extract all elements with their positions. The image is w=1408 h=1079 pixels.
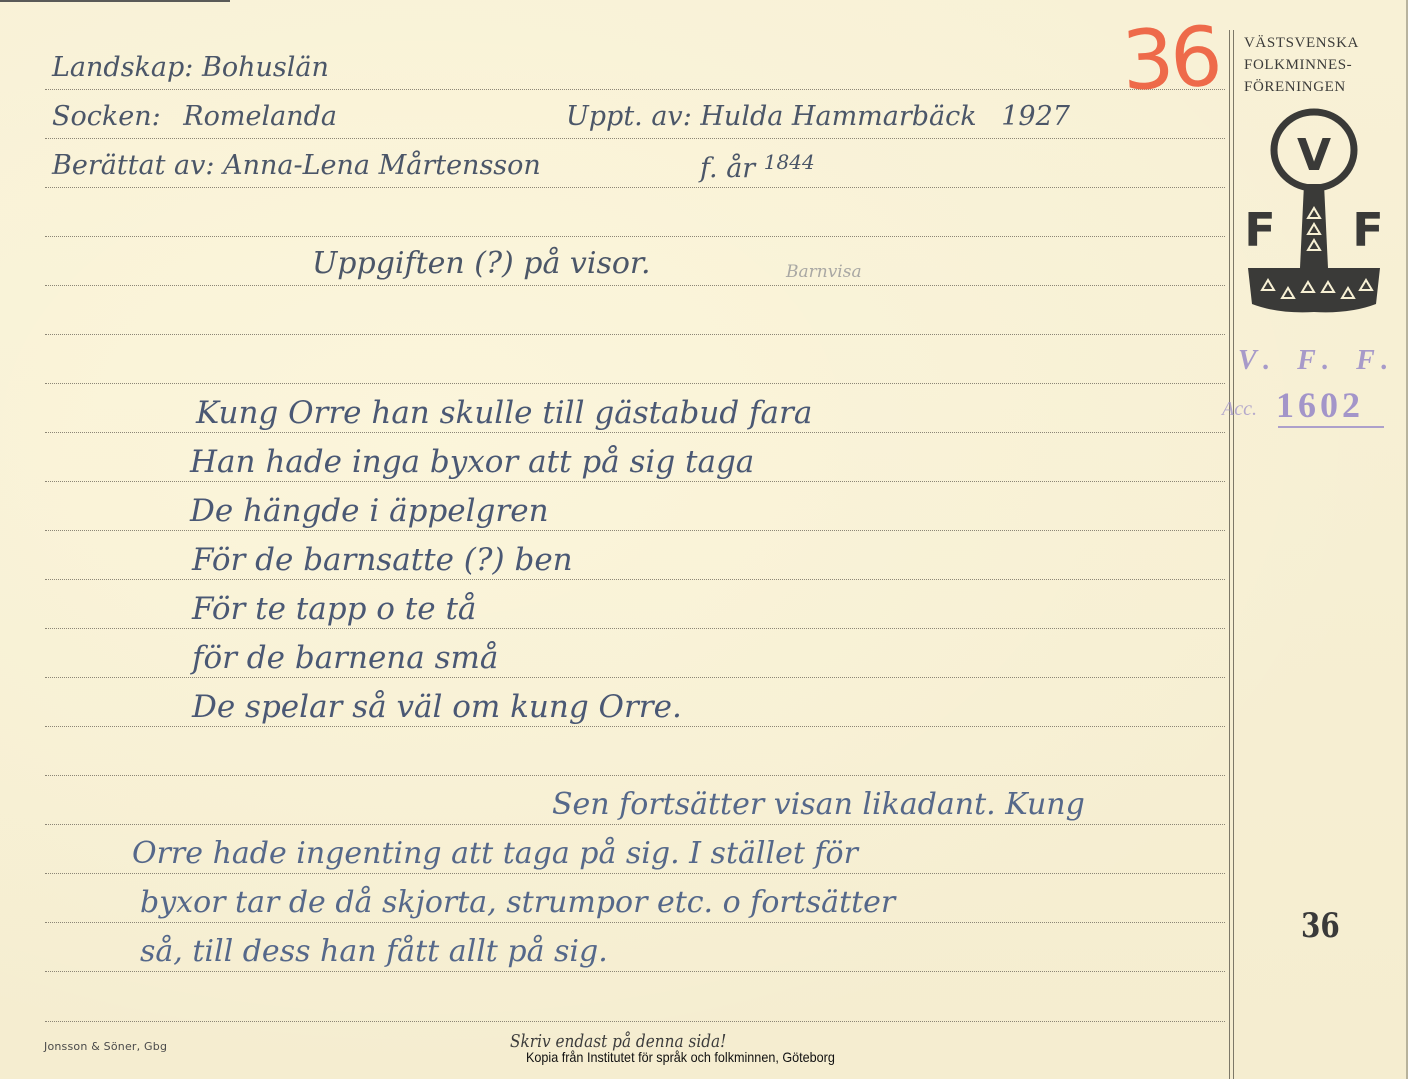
- verse-line: för de barnena små: [192, 640, 498, 676]
- ruled-line: [45, 873, 1225, 874]
- printed-page-number: 36: [1301, 906, 1340, 946]
- org-name-line: FÖRENINGEN: [1244, 76, 1394, 98]
- ruled-line: [45, 775, 1225, 776]
- fodd-field: f. år 1844: [700, 150, 815, 184]
- verse-line: För de barnsatte (?) ben: [192, 542, 573, 578]
- berattat-label: Berättat av:: [52, 150, 215, 181]
- printer-imprint: Jonsson & Söner, Gbg: [44, 1040, 167, 1053]
- upptecknat-value: Hulda Hammarbäck: [700, 101, 976, 132]
- ruled-line: [45, 285, 1225, 286]
- accession-number: 1602: [1276, 384, 1364, 426]
- ruled-line: [45, 726, 1225, 727]
- ruled-line: [45, 187, 1225, 188]
- socken-label: Socken:: [52, 101, 161, 132]
- landskap-label: Landskap:: [52, 52, 193, 83]
- verse-line: För te tapp o te tå: [192, 591, 476, 627]
- pencil-note: Barnvisa: [786, 262, 862, 282]
- ruled-line: [45, 236, 1225, 237]
- accession-underline: [1278, 426, 1384, 428]
- vff-thors-hammer-logo-icon: V F F: [1238, 108, 1390, 324]
- verse-line: Han hade inga byxor att på sig taga: [190, 444, 754, 480]
- ruled-line: [45, 89, 1225, 90]
- ruled-line: [45, 971, 1225, 972]
- logo-letter-f-right: F: [1352, 203, 1383, 257]
- margin-divider-line: [1233, 30, 1234, 1079]
- copy-notice: Kopia från Institutet för språk och folk…: [526, 1049, 835, 1065]
- verse-line: Kung Orre han skulle till gästabud fara: [196, 395, 812, 431]
- ruled-line: [45, 922, 1225, 923]
- prose-line: Orre hade ingenting att taga på sig. I s…: [132, 836, 858, 871]
- ruled-line: [45, 138, 1225, 139]
- org-name-line: VÄSTSVENSKA: [1244, 32, 1394, 54]
- ruled-line: [45, 677, 1225, 678]
- ruled-line: [45, 1021, 1225, 1022]
- upptecknat-label: Uppt. av:: [566, 101, 692, 132]
- verse-line: De spelar så väl om kung Orre.: [192, 689, 682, 725]
- landskap-value: Bohuslän: [202, 52, 329, 83]
- ruled-line: [45, 824, 1225, 825]
- org-name-line: FOLKMINNES-: [1244, 54, 1394, 76]
- upptecknat-year: 1927: [1001, 101, 1070, 132]
- prose-line: så, till dess han fått allt på sig.: [140, 934, 608, 969]
- ruled-line: [45, 481, 1225, 482]
- fodd-year: 1844: [764, 150, 815, 174]
- upptecknat-field: Uppt. av: Hulda Hammarbäck 1927: [566, 101, 1070, 132]
- ruled-line: [45, 383, 1225, 384]
- ruled-line: [45, 628, 1225, 629]
- scan-edge-strip: [0, 0, 230, 2]
- prose-line: byxor tar de då skjorta, strumpor etc. o…: [140, 885, 895, 920]
- logo-letter-v: V: [1297, 130, 1331, 181]
- verse-line: De hängde i äppelgren: [190, 493, 549, 529]
- ruled-line: [45, 432, 1225, 433]
- document-title: Uppgiften (?) på visor.: [312, 246, 651, 281]
- accession-label: Acc.: [1222, 398, 1257, 421]
- socken-value: Romelanda: [183, 101, 337, 132]
- ruled-line: [45, 530, 1225, 531]
- vff-stamp: V. F. F.: [1238, 345, 1398, 377]
- handwritten-page-number: 36: [1120, 10, 1221, 110]
- logo-letter-f-left: F: [1244, 203, 1275, 257]
- berattat-field: Berättat av: Anna-Lena Mårtensson: [52, 150, 541, 181]
- archive-card: Landskap: Bohuslän Socken: Romelanda Upp…: [0, 0, 1408, 1079]
- ruled-line: [45, 334, 1225, 335]
- prose-line: Sen fortsätter visan likadant. Kung: [552, 787, 1085, 822]
- berattat-value: Anna-Lena Mårtensson: [223, 150, 541, 181]
- fodd-label: f. år: [700, 153, 755, 184]
- organization-name: VÄSTSVENSKA FOLKMINNES- FÖRENINGEN: [1244, 32, 1394, 98]
- ruled-line: [45, 579, 1225, 580]
- margin-divider-line: [1229, 30, 1230, 1079]
- landskap-field: Landskap: Bohuslän: [52, 52, 329, 83]
- socken-field: Socken: Romelanda: [52, 101, 337, 132]
